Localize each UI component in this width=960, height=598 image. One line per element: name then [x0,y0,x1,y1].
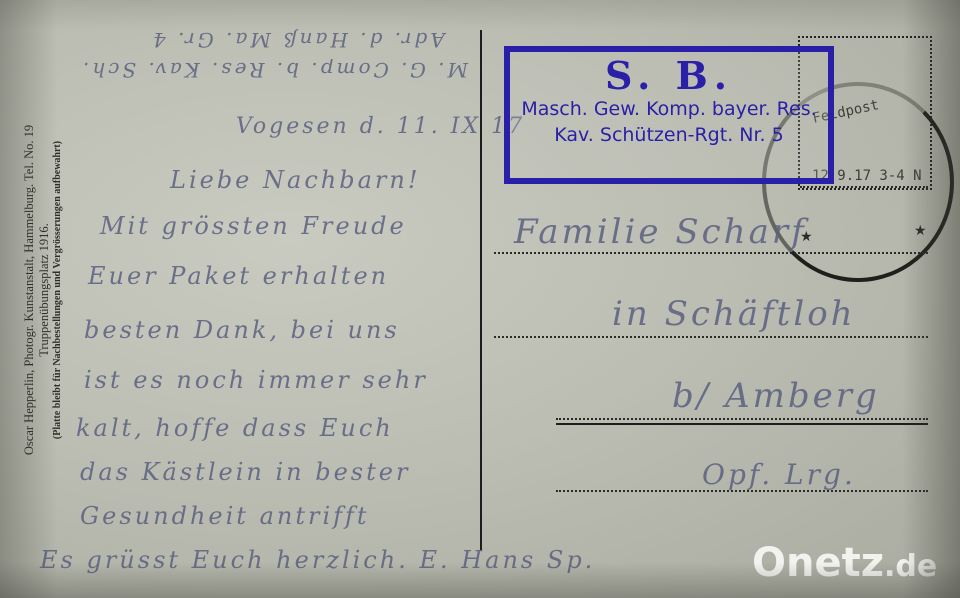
address-line-2 [494,336,928,338]
handwriting-line: Gesundheit antrifft [80,502,370,530]
onetz-watermark: Onetz.de [752,540,937,586]
watermark-tld: .de [884,549,937,584]
handwriting-greeting: Liebe Nachbarn! [170,166,420,194]
postmark-star-icon: ★ [914,222,927,239]
unit-stamp-line-1: Masch. Gew. Komp. bayer. Res. [510,96,828,122]
center-divider [480,30,482,550]
publisher-imprint: Oscar Hepperlin, Photogr. Kunstanstalt, … [22,20,63,560]
imprint-line-1: Oscar Hepperlin, Photogr. Kunstanstalt, … [22,20,37,560]
address-town: in Schäftloh [612,294,856,334]
stamp-area-bottom [800,186,928,188]
address-recipient: Familie Scharf [514,212,807,252]
handwriting-upside-down-2: M. G. Comp. b. Res. Kav. Sch. [80,58,468,82]
handwriting-signature: Es grüsst Euch herzlich. E. Hans Sp. [40,546,595,574]
address-line-3-solid [556,423,928,425]
watermark-brand: Onetz [752,540,884,586]
handwriting-line: Mit grössten Freude [100,212,407,240]
handwriting-line: kalt, hoffe dass Euch [76,414,394,442]
handwriting-line: Euer Paket erhalten [88,262,389,290]
address-line-3 [556,418,928,420]
handwriting-upside-down-1: Adr. d. Hanß Ma. Gr. 4 [150,28,445,52]
postcard-back: Oscar Hepperlin, Photogr. Kunstanstalt, … [0,0,960,598]
imprint-line-3: (Platte bleibt für Nachbestellungen und … [52,20,63,560]
handwriting-line: besten Dank, bei uns [84,316,400,344]
imprint-line-2: Truppenübungsplatz 1916. [37,20,52,560]
address-line-1 [494,252,928,254]
unit-stamp: S. B. Masch. Gew. Komp. bayer. Res. Kav.… [504,46,834,184]
unit-stamp-title: S. B. [510,56,828,96]
address-region: Opf. Lrg. [702,458,856,491]
unit-stamp-line-2: Kav. Schützen-Rgt. Nr. 5 [510,122,828,148]
handwriting-line: das Kästlein in bester [80,458,410,486]
handwriting-line: ist es noch immer sehr [84,366,428,394]
address-city: b/ Amberg [672,376,880,416]
